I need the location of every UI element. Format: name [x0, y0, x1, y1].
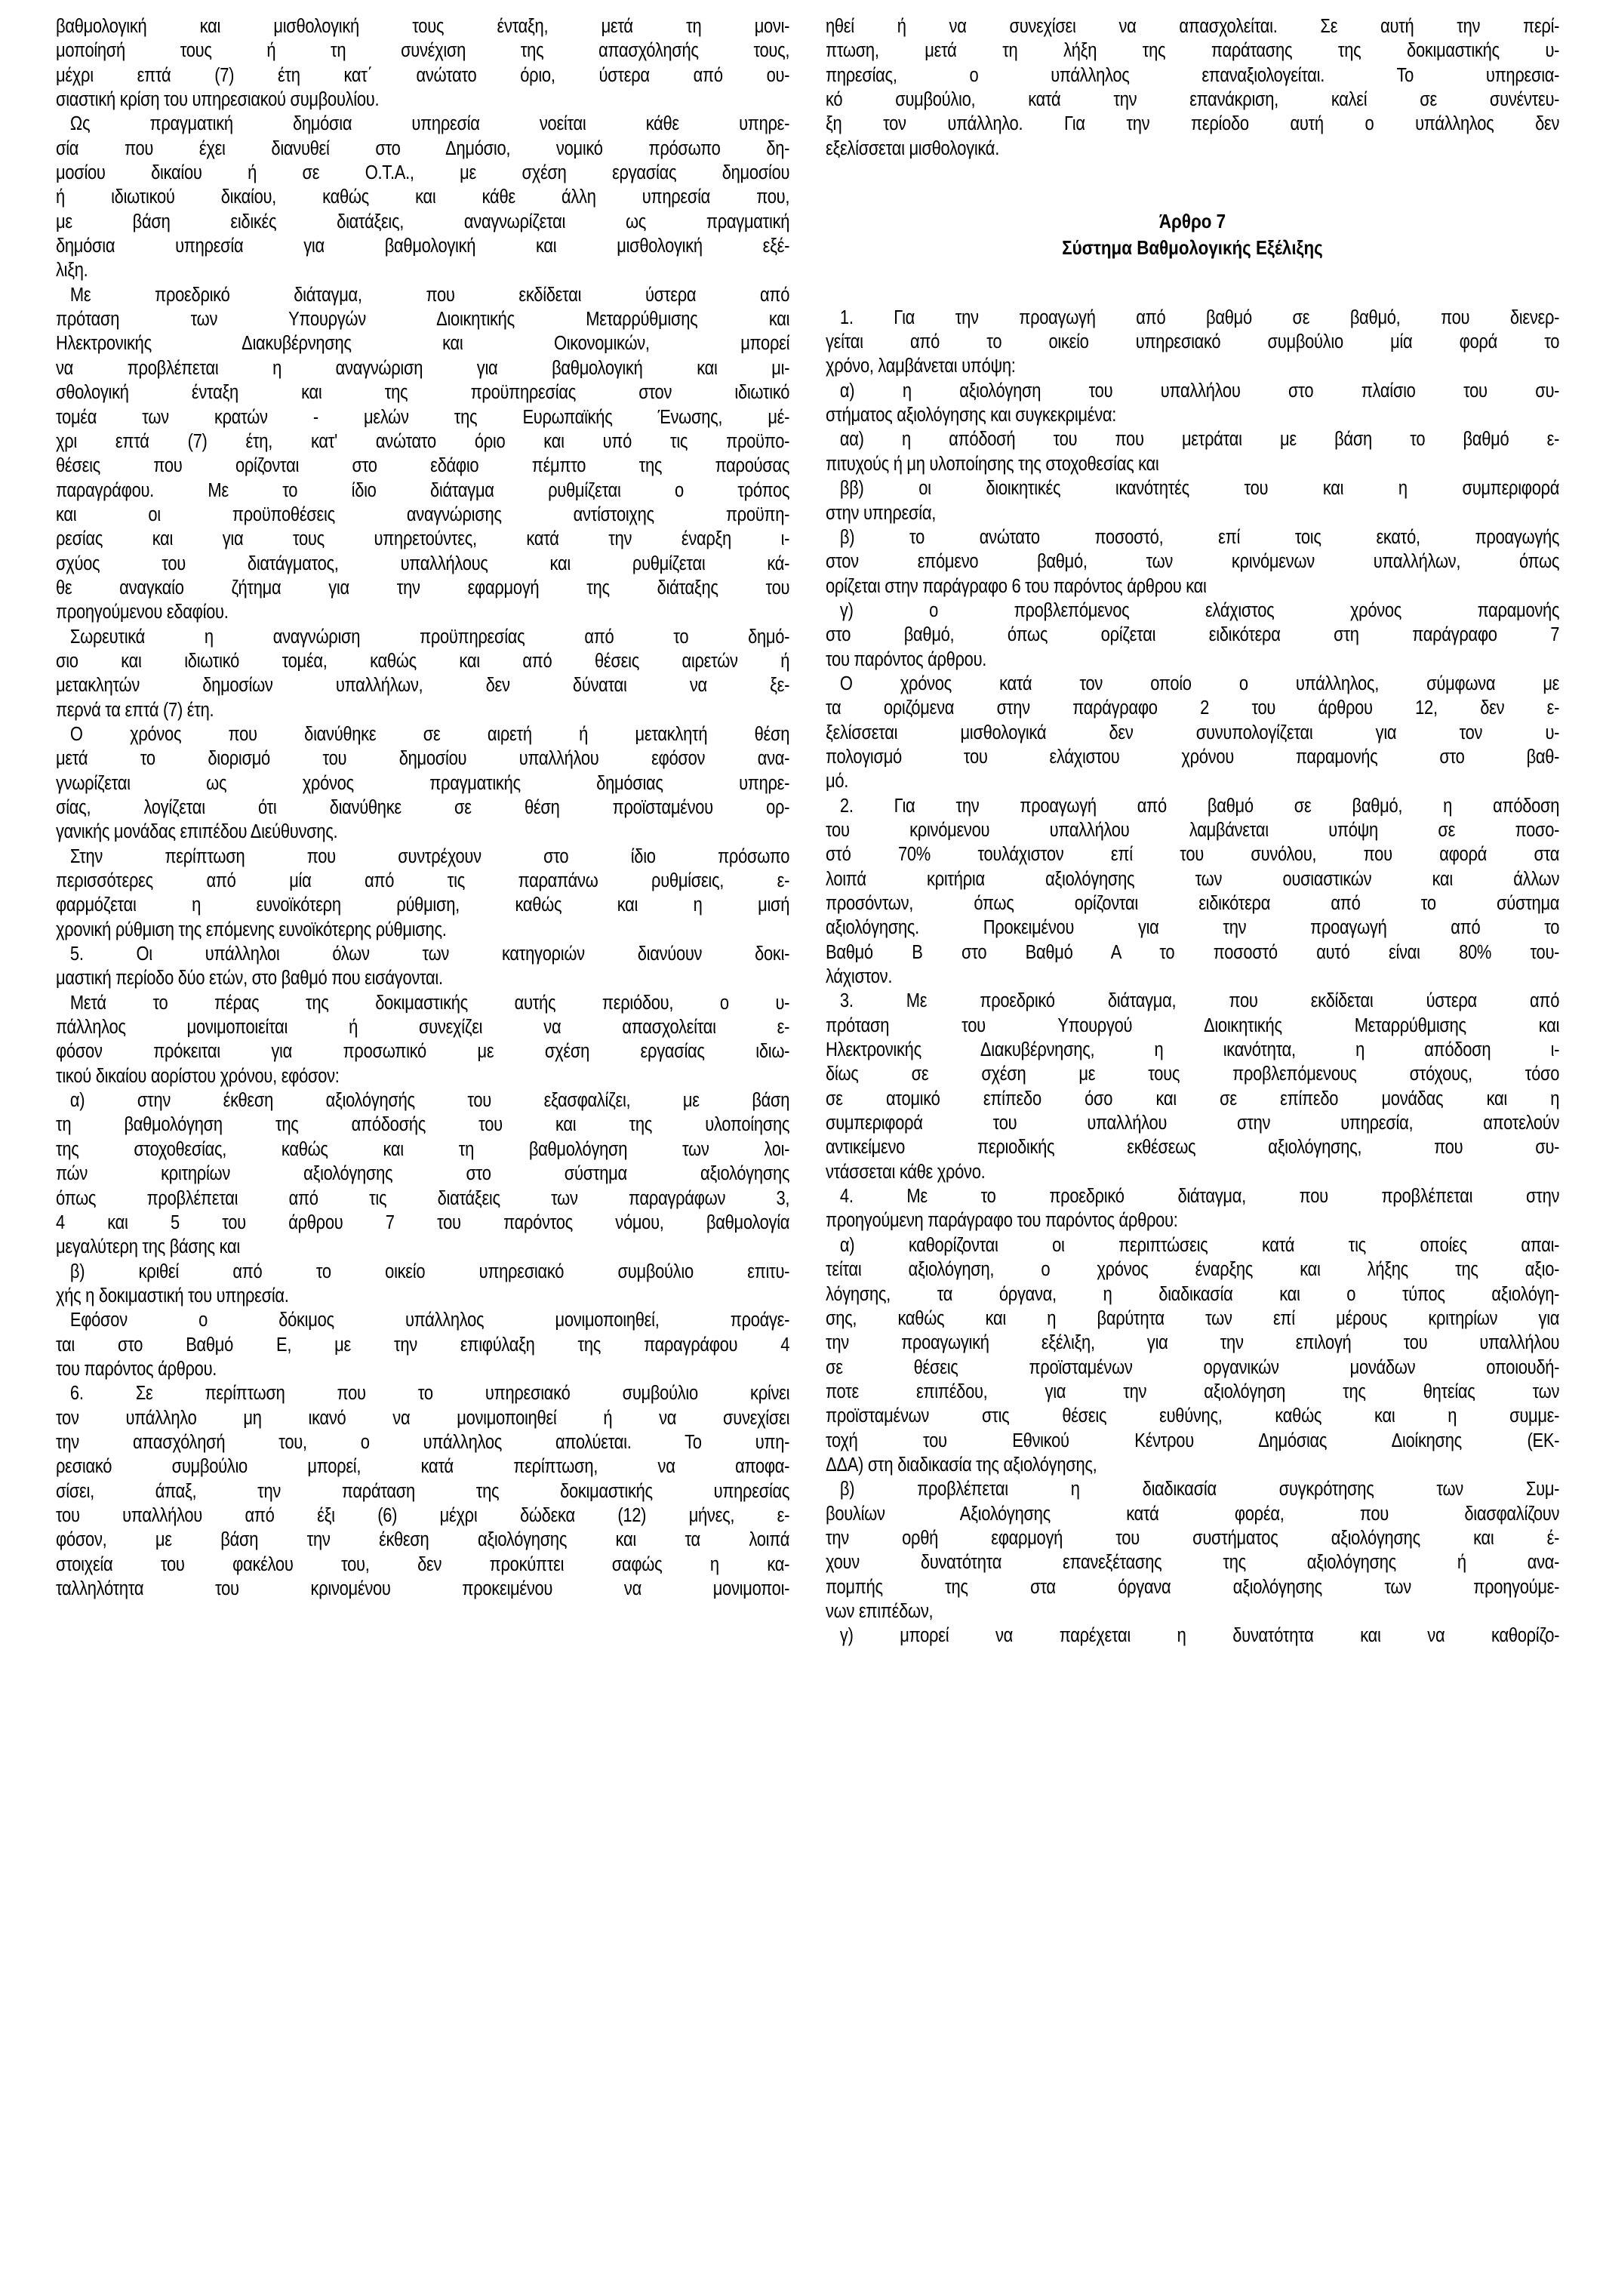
text-line: ΔΔΑ) στη διαδικασία της αξιολόγησης,	[826, 1453, 1559, 1477]
text-line: γ) ο προβλεπόμενος ελάχιστος χρόνος παρα…	[826, 599, 1559, 623]
text-line: σία που έχει διανυθεί στο Δημόσιο, νομικ…	[56, 137, 789, 161]
text-line: ή ιδιωτικού δικαίου, καθώς και κάθε άλλη…	[56, 185, 789, 209]
text-line: 6. Σε περίπτωση που το υπηρεσιακό συμβού…	[56, 1381, 789, 1405]
text-line: Ηλεκτρονικής Διακυβέρνησης, η ικανότητα,…	[826, 1038, 1559, 1062]
text-line: βαθμολογική και μισθολογική τους ένταξη,…	[56, 14, 789, 38]
text-line: στό 70% τουλάχιστον επί του συνόλου, που…	[826, 842, 1559, 866]
text-line: σε θέσεις προϊσταμένων οργανικών μονάδων…	[826, 1356, 1559, 1380]
text-line: 2. Για την προαγωγή από βαθμό σε βαθμό, …	[826, 794, 1559, 818]
text-line: δημόσια υπηρεσία για βαθμολογική και μισ…	[56, 234, 789, 258]
text-line: στοιχεία του φακέλου του, δεν προκύπτει …	[56, 1553, 789, 1577]
text-line: θε αναγκαίο ζήτημα για την εφαρμογή της …	[56, 576, 789, 600]
text-line: και οι προϋποθέσεις αναγνώρισης αντίστοι…	[56, 503, 789, 527]
text-line: συμπεριφορά του υπαλλήλου στην υπηρεσία,…	[826, 1111, 1559, 1135]
left-column: βαθμολογική και μισθολογική τους ένταξη,…	[56, 14, 789, 1601]
article-title: Σύστημα Βαθμολογικής Εξέλιξης	[877, 235, 1508, 260]
text-line: κό συμβούλιο, κατά την επανάκριση, καλεί…	[826, 88, 1559, 112]
text-line: ταλληλότητα του κρινομένου προκειμένου ν…	[56, 1577, 789, 1601]
text-line: προϊσταμένων στις θέσεις ευθύνης, καθώς …	[826, 1404, 1559, 1428]
text-line: 4. Με το προεδρικό διάταγμα, που προβλέπ…	[826, 1184, 1559, 1208]
article-number: Άρθρο 7	[877, 209, 1508, 233]
text-line: της στοχοθεσίας, καθώς και τη βαθμολόγησ…	[56, 1137, 789, 1162]
text-line: προσόντων, όπως ορίζονται ειδικότερα από…	[826, 891, 1559, 916]
text-line: Ως πραγματική δημόσια υπηρεσία νοείται κ…	[56, 112, 789, 136]
text-line: όπως προβλέπεται από τις διατάξεις των π…	[56, 1186, 789, 1211]
text-line: ξη τον υπάλληλο. Για την περίοδο αυτή ο …	[826, 112, 1559, 136]
text-line: χρι επτά (7) έτη, κατ' ανώτατο όριο και …	[56, 429, 789, 454]
text-line: προηγούμενη παράγραφο του παρόντος άρθρο…	[826, 1208, 1559, 1233]
text-line: ορίζεται στην παράγραφο 6 του παρόντος ά…	[826, 574, 1559, 599]
text-line: β) το ανώτατο ποσοστό, επί τοις εκατό, π…	[826, 525, 1559, 549]
text-line: α) στην έκθεση αξιολόγησής του εξασφαλίζ…	[56, 1088, 789, 1113]
article-spacer-bottom	[826, 260, 1559, 306]
left-column-text: βαθμολογική και μισθολογική τους ένταξη,…	[56, 14, 789, 1601]
right-column-text-after-article: 1. Για την προαγωγή από βαθμό σε βαθμό, …	[826, 306, 1559, 1648]
text-line: ντάσσεται κάθε χρόνο.	[826, 1160, 1559, 1184]
text-line: φαρμόζεται η ευνοϊκότερη ρύθμιση, καθώς …	[56, 893, 789, 917]
text-line: φόσον πρόκειται για προσωπικό με σχέση ε…	[56, 1039, 789, 1063]
text-line: πιτυχούς ή μη υλοποίησης της στοχοθεσίας…	[826, 452, 1559, 476]
text-line: χής η δοκιμαστική του υπηρεσία.	[56, 1284, 789, 1308]
article-spacer-top	[826, 161, 1559, 209]
text-line: την προαγωγική εξέλιξη, για την επιλογή …	[826, 1331, 1559, 1355]
text-line: 1. Για την προαγωγή από βαθμό σε βαθμό, …	[826, 306, 1559, 330]
text-line: Βαθμό Β στο Βαθμό Α το ποσοστό αυτό είνα…	[826, 940, 1559, 965]
text-line: χρονική ρύθμιση της επόμενης ευνοϊκότερη…	[56, 918, 789, 942]
text-line: ρεσίας και για τους υπηρετούντες, κατά τ…	[56, 527, 789, 551]
text-line: δίως σε σχέση με τους προβλεπόμενους στό…	[826, 1062, 1559, 1086]
text-line: στον επόμενο βαθμό, των κρινόμενων υπαλλ…	[826, 549, 1559, 574]
text-line: τοχή του Εθνικού Κέντρου Δημόσιας Διοίκη…	[826, 1429, 1559, 1453]
text-line: σης, καθώς και η βαρύτητα των επί μέρους…	[826, 1307, 1559, 1331]
text-line: του υπαλλήλου από έξι (6) μέχρι δώδεκα (…	[56, 1503, 789, 1528]
text-line: μοσίου δικαίου ή σε Ο.Τ.Α., με σχέση εργ…	[56, 161, 789, 185]
text-line: γνωρίζεται ως χρόνος πραγματικής δημόσια…	[56, 771, 789, 796]
text-line: μέχρι επτά (7) έτη κατ΄ ανώτατο όριο, ύσ…	[56, 63, 789, 88]
text-line: στο βαθμό, όπως ορίζεται ειδικότερα στη …	[826, 623, 1559, 647]
text-line: ρεσιακό συμβούλιο μπορεί, κατά περίπτωση…	[56, 1454, 789, 1479]
text-line: ββ) οι διοικητικές ικανότητές του και η …	[826, 476, 1559, 500]
text-line: θέσεις που ορίζονται στο εδάφιο πέμπτο τ…	[56, 454, 789, 478]
text-line: Εφόσον ο δόκιμος υπάλληλος μονιμοποιηθεί…	[56, 1308, 789, 1332]
text-line: σθολογική ένταξη και της προϋπηρεσίας στ…	[56, 380, 789, 405]
text-line: λοιπά κριτήρια αξιολόγησης των ουσιαστικ…	[826, 867, 1559, 891]
text-line: Ηλεκτρονικής Διακυβέρνησης και Οικονομικ…	[56, 331, 789, 355]
text-line: Ο χρόνος που διανύθηκε σε αιρετή ή μετακ…	[56, 722, 789, 746]
text-line: φόσον, με βάση την έκθεση αξιολόγησης κα…	[56, 1528, 789, 1552]
text-line: τείται αξιολόγηση, ο χρόνος έναρξης και …	[826, 1257, 1559, 1282]
text-line: γείται από το οικείο υπηρεσιακό συμβούλι…	[826, 330, 1559, 354]
text-line: ηθεί ή να συνεχίσει να απασχολείται. Σε …	[826, 14, 1559, 38]
right-column: ηθεί ή να συνεχίσει να απασχολείται. Σε …	[826, 14, 1559, 1648]
text-line: ξελίσσεται μισθολογικά δεν συνυπολογίζετ…	[826, 721, 1559, 745]
text-line: χουν δυνατότητα επανεξέτασης της αξιολόγ…	[826, 1550, 1559, 1574]
text-line: πρόταση του Υπουργού Διοικητικής Μεταρρύ…	[826, 1014, 1559, 1038]
text-line: με βάση ειδικές διατάξεις, αναγνωρίζεται…	[56, 210, 789, 234]
text-line: 3. Με προεδρικό διάταγμα, που εκδίδεται …	[826, 989, 1559, 1013]
text-line: γανικής μονάδας επιπέδου Διεύθυνσης.	[56, 820, 789, 844]
text-line: ται στο Βαθμό Ε, με την επιφύλαξη της πα…	[56, 1333, 789, 1357]
text-line: τη βαθμολόγηση της απόδοσής του και της …	[56, 1113, 789, 1137]
text-line: τον υπάλληλο μη ικανό να μονιμοποιηθεί ή…	[56, 1406, 789, 1430]
text-line: α) καθορίζονται οι περιπτώσεις κατά τις …	[826, 1233, 1559, 1257]
text-line: μοποίησή τους ή τη συνέχιση της απασχόλη…	[56, 38, 789, 63]
right-column-text-before-article: ηθεί ή να συνεχίσει να απασχολείται. Σε …	[826, 14, 1559, 161]
text-line: πρόταση των Υπουργών Διοικητικής Μεταρρύ…	[56, 307, 789, 331]
text-line: τικού δικαίου αορίστου χρόνου, εφόσον:	[56, 1064, 789, 1088]
text-line: μεγαλύτερη της βάσης και	[56, 1235, 789, 1259]
text-line: περνά τα επτά (7) έτη.	[56, 698, 789, 722]
text-line: λόγησης, τα όργανα, η διαδικασία και ο τ…	[826, 1282, 1559, 1307]
text-line: β) κριθεί από το οικείο υπηρεσιακό συμβο…	[56, 1260, 789, 1284]
text-line: πάλληλος μονιμοποιείται ή συνεχίζει να α…	[56, 1015, 789, 1039]
text-line: παραγράφου. Με το ίδιο διάταγμα ρυθμίζετ…	[56, 479, 789, 503]
text-line: Μετά το πέρας της δοκιμαστικής αυτής περ…	[56, 991, 789, 1015]
text-line: β) προβλέπεται η διαδικασία συγκρότησης …	[826, 1477, 1559, 1501]
text-line: προηγούμενου εδαφίου.	[56, 600, 789, 624]
text-line: σε ατομικό επίπεδο όσο και σε επίπεδο μο…	[826, 1087, 1559, 1111]
text-line: μετά το διορισμό του δημοσίου υπαλλήλου …	[56, 746, 789, 771]
text-line: του παρόντος άρθρου.	[826, 648, 1559, 672]
text-line: πηρεσίας, ο υπάλληλος επαναξιολογείται. …	[826, 63, 1559, 88]
text-line: σίσει, άπαξ, την παράταση της δοκιμαστικ…	[56, 1479, 789, 1503]
text-line: τα οριζόμενα στην παράγραφο 2 του άρθρου…	[826, 696, 1559, 720]
text-line: αα) η απόδοσή του που μετράται με βάση τ…	[826, 427, 1559, 451]
text-line: μαστική περίοδο δύο ετών, στο βαθμό που …	[56, 966, 789, 990]
text-line: στην υπηρεσία,	[826, 501, 1559, 525]
text-line: 5. Οι υπάλληλοι όλων των κατηγοριών διαν…	[56, 942, 789, 966]
text-line: Σωρευτικά η αναγνώριση προϋπηρεσίας από …	[56, 625, 789, 649]
text-line: πτωση, μετά τη λήξη της παράτασης της δο…	[826, 38, 1559, 63]
text-line: α) η αξιολόγηση του υπαλλήλου στο πλαίσι…	[826, 379, 1559, 403]
text-line: πομπής της στα όργανα αξιολόγησης των πρ…	[826, 1575, 1559, 1599]
text-line: γ) μπορεί να παρέχεται η δυνατότητα και …	[826, 1624, 1559, 1648]
text-line: σιαστική κρίση του υπηρεσιακού συμβουλίο…	[56, 88, 789, 112]
text-line: την απασχόλησή του, ο υπάλληλος απολύετα…	[56, 1430, 789, 1454]
text-line: Με προεδρικό διάταγμα, που εκδίδεται ύστ…	[56, 283, 789, 307]
text-line: 4 και 5 του άρθρου 7 του παρόντος νόμου,…	[56, 1211, 789, 1235]
text-line: αξιολόγησης. Προκειμένου για την προαγωγ…	[826, 916, 1559, 940]
text-line: να προβλέπεται η αναγνώριση για βαθμολογ…	[56, 356, 789, 380]
text-line: εξελίσσεται μισθολογικά.	[826, 137, 1559, 161]
text-line: αντικείμενο περιοδικής εκθέσεως αξιολόγη…	[826, 1135, 1559, 1159]
text-line: λάχιστον.	[826, 965, 1559, 989]
text-line: του παρόντος άρθρου.	[56, 1357, 789, 1381]
text-line: ποτε επιπέδου, για την αξιολόγηση της θη…	[826, 1380, 1559, 1404]
text-line: σιο και ιδιωτικό τομέα, καθώς και από θέ…	[56, 649, 789, 673]
text-line: Στην περίπτωση που συντρέχουν στο ίδιο π…	[56, 845, 789, 869]
text-line: νων επιπέδων,	[826, 1599, 1559, 1624]
text-line: τομέα των κρατών - μελών της Ευρωπαϊκής …	[56, 405, 789, 429]
text-line: πολογισμό του ελάχιστου χρόνου παραμονής…	[826, 745, 1559, 769]
text-line: σίας, λογίζεται ότι διανύθηκε σε θέση πρ…	[56, 796, 789, 820]
text-line: περισσότερες από μία από τις παραπάνω ρυ…	[56, 869, 789, 893]
text-line: Ο χρόνος κατά τον οποίο ο υπάλληλος, σύμ…	[826, 672, 1559, 696]
text-line: μετακλητών δημοσίων υπαλλήλων, δεν δύνατ…	[56, 673, 789, 697]
text-line: του κρινόμενου υπαλλήλου λαμβάνεται υπόψ…	[826, 818, 1559, 842]
text-line: στήματος αξιολόγησης και συγκεκριμένα:	[826, 403, 1559, 427]
text-line: χρόνο, λαμβάνεται υπόψη:	[826, 354, 1559, 378]
text-line: βουλίων Αξιολόγησης κατά φορέα, που διασ…	[826, 1502, 1559, 1526]
text-line: σχύος του διατάγματος, υπαλλήλους και ρυ…	[56, 552, 789, 576]
text-line: πών κριτηρίων αξιολόγησης στο σύστημα αξ…	[56, 1162, 789, 1186]
text-line: την ορθή εφαρμογή του συστήματος αξιολόγ…	[826, 1526, 1559, 1550]
text-line: λιξη.	[56, 258, 789, 282]
text-line: μό.	[826, 769, 1559, 793]
